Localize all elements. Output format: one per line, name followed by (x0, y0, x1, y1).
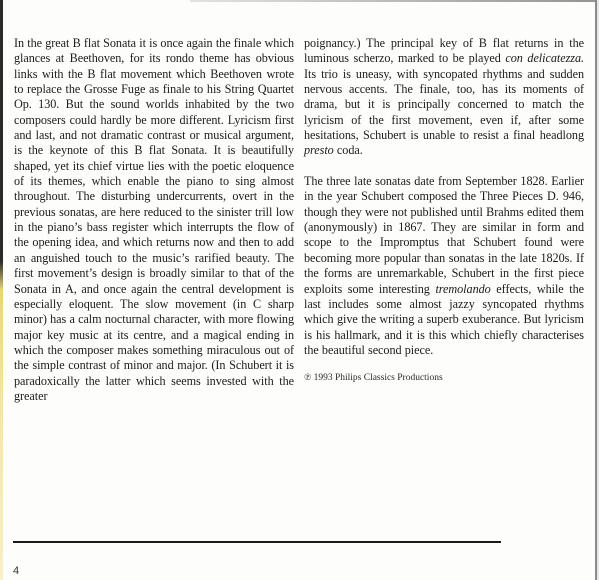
text-span: The three late sonatas date from Septemb… (304, 174, 584, 295)
right-column: poignancy.) The principal key of B flat … (304, 36, 584, 358)
italic-term-tremolando: tremolando (435, 282, 490, 296)
page-number: 4 (13, 565, 19, 577)
page-left-edge (0, 0, 3, 580)
footer-rule (13, 541, 501, 543)
copyright-notice: ℗ 1993 Philips Classics Productions (304, 373, 443, 383)
text-span: Its trio is uneasy, with syncopated rhyt… (304, 67, 584, 142)
text-span: coda. (334, 143, 363, 157)
paragraph-late-sonatas: The three late sonatas date from Septemb… (304, 174, 584, 358)
left-column: In the great B flat Sonata it is once ag… (14, 36, 294, 404)
paragraph-spacer (304, 159, 584, 174)
page-binding-edge (595, 0, 597, 580)
italic-term-presto: presto (304, 143, 334, 157)
page-top-edge (190, 0, 599, 2)
paragraph-scherzo-finale: poignancy.) The principal key of B flat … (304, 36, 584, 159)
paragraph-b-flat-sonata: In the great B flat Sonata it is once ag… (14, 36, 294, 404)
italic-term-con-delicatezza: con delicatezza. (505, 51, 584, 65)
